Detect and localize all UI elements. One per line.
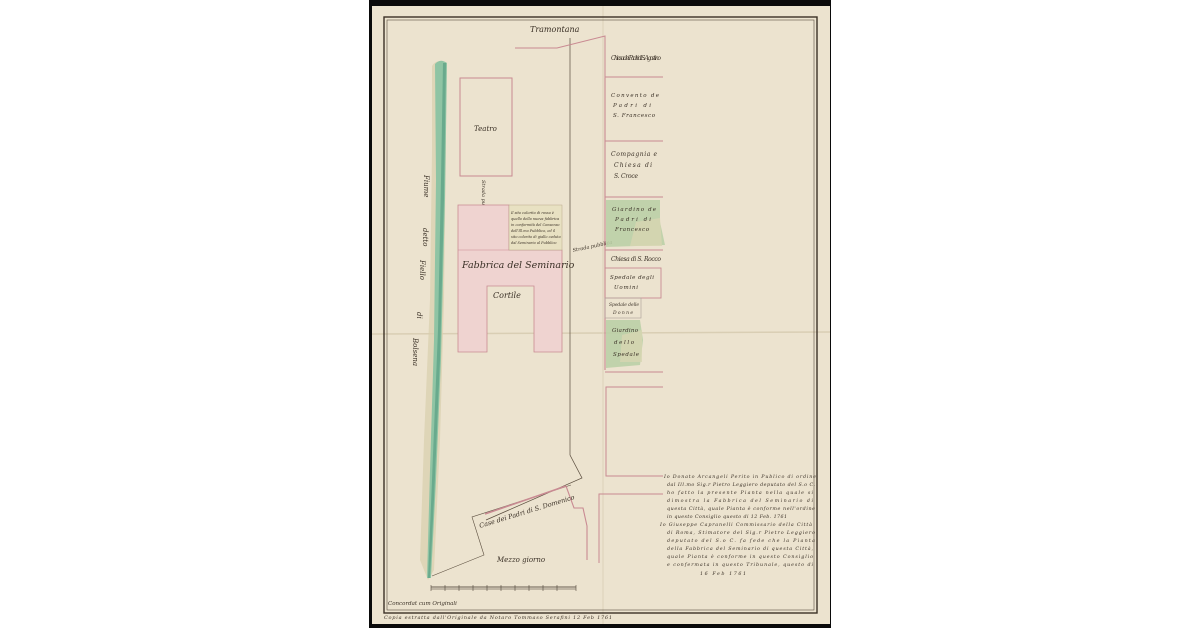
courtyard-label: Cortile	[493, 291, 521, 300]
svg-text:questa Città, quale Pianta è c: questa Città, quale Pianta è conforme ne…	[667, 505, 815, 512]
svg-text:ho fatto la presente Pianta ne: ho fatto la presente Pianta nella quale …	[667, 490, 813, 496]
svg-text:di Roma, Stimatore del Sig.r P: di Roma, Stimatore del Sig.r Pietro Legg…	[667, 530, 815, 536]
svg-text:Chiesa di: Chiesa di	[614, 162, 652, 169]
svg-text:e confermata in questo Tribuna: e confermata in questo Tribunale, questo…	[667, 562, 813, 568]
svg-text:Spedale: Spedale	[613, 352, 640, 358]
historic-site-plan: Tramontana Fiume detto Fiello di Bolsena…	[0, 0, 1200, 628]
svg-text:Padri di: Padri di	[612, 103, 651, 109]
svg-text:Giardino: Giardino	[612, 328, 639, 334]
south-label: Mezzo giorno	[496, 556, 545, 564]
svg-text:Padri di: Padri di	[614, 217, 651, 223]
svg-text:sito colorito di giallo ceduto: sito colorito di giallo ceduto	[511, 235, 561, 239]
svg-text:dal Seminario al Pubblico: dal Seminario al Pubblico	[511, 241, 557, 245]
svg-text:Giardino de: Giardino de	[612, 207, 657, 213]
svg-text:dimostra la Fabbrica del Semin: dimostra la Fabbrica del Seminario di	[667, 498, 813, 504]
svg-text:Compagnia e: Compagnia e	[611, 151, 657, 158]
footer-copy-note: Copia estratta dall'Originale da Notaro …	[384, 615, 612, 621]
svg-text:Il sito colorito di rosso è: Il sito colorito di rosso è	[510, 211, 554, 215]
svg-text:Bolsena: Bolsena	[411, 337, 419, 366]
svg-text:Io Donato Arcangeli Perito in: Io Donato Arcangeli Perito in Publico di…	[663, 474, 816, 480]
svg-text:quale Pianta è conforme in que: quale Pianta è conforme in questo Consig…	[667, 553, 813, 560]
map-border-inner	[387, 20, 814, 610]
svg-text:Spedale degli: Spedale degli	[610, 275, 654, 281]
theatre-label: Teatro	[474, 125, 497, 133]
svg-text:dello: dello	[614, 340, 635, 346]
svg-text:Fiello: Fiello	[418, 259, 426, 280]
right-buildings-labels: Chiesa dei Padri di S. Agostino Convento…	[609, 55, 661, 358]
svg-text:S. Croce: S. Croce	[614, 173, 638, 180]
north-boundary	[515, 36, 605, 78]
svg-text:dell'Ill.mo Pubblico, ed il: dell'Ill.mo Pubblico, ed il	[511, 229, 555, 233]
svg-text:Fiume: Fiume	[422, 174, 430, 197]
svg-text:in conformità del Consenso: in conformità del Consenso	[511, 223, 560, 227]
svg-text:Chiesa dei Padri di S. Agostin: Chiesa dei Padri di S. Agostino	[611, 55, 661, 62]
svg-text:deputato del S.o C. fa fede ch: deputato del S.o C. fa fede che la Piant…	[667, 538, 815, 544]
svg-text:Convento de: Convento de	[611, 93, 660, 99]
svg-text:di: di	[415, 312, 423, 319]
attestation-notes: Io Donato Arcangeli Perito in Publico di…	[659, 474, 816, 577]
footer-concordat: Concordat cum Originali	[388, 601, 457, 607]
svg-text:della Fabbrica del Seminario d: della Fabbrica del Seminario di questa C…	[667, 545, 813, 552]
svg-text:quello della nuova fabbrica: quello della nuova fabbrica	[511, 217, 559, 221]
svg-text:Spedale delle: Spedale delle	[609, 302, 639, 308]
svg-text:Francesco: Francesco	[614, 227, 650, 233]
river	[420, 61, 447, 580]
svg-text:Chiesa di S. Rocco: Chiesa di S. Rocco	[611, 256, 661, 263]
right-buildings	[599, 77, 665, 563]
svg-text:Donne: Donne	[612, 310, 633, 316]
seminary-label: Fabbrica del Seminario	[461, 260, 575, 271]
svg-text:Io Giuseppe Capranelli Commiss: Io Giuseppe Capranelli Commissario della…	[659, 521, 812, 528]
scale-bar	[431, 585, 576, 591]
svg-text:detto: detto	[421, 228, 429, 246]
svg-text:in questo Consiglio questo di: in questo Consiglio questo di 12 Feb. 17…	[667, 514, 787, 520]
svg-text:Uomini: Uomini	[614, 285, 638, 291]
svg-text:dal Ill.mo Sig.r Pietro Leggie: dal Ill.mo Sig.r Pietro Leggiero deputat…	[667, 482, 815, 488]
north-label: Tramontana	[530, 25, 580, 34]
river-label: Fiume detto Fiello di Bolsena	[411, 174, 430, 366]
svg-text:16 Feb 1761: 16 Feb 1761	[700, 571, 746, 577]
svg-text:S. Francesco: S. Francesco	[613, 113, 656, 119]
